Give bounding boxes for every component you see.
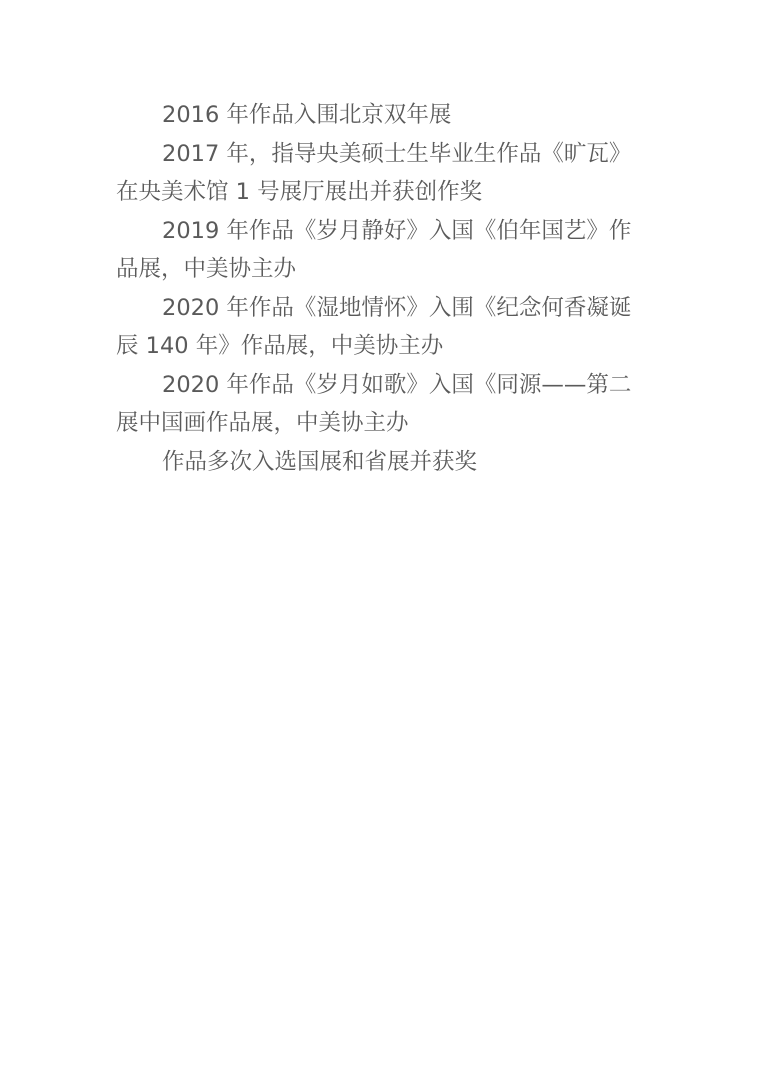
paragraph-2020-song: 2020 年作品《岁月如歌》入国《同源——第二 展中国画作品展，中美协主办: [116, 366, 646, 443]
text-line: 品展，中美协主办: [116, 250, 646, 289]
paragraph-2016: 2016 年作品入围北京双年展: [116, 96, 646, 135]
document-page: 2016 年作品入围北京双年展 2017 年，指导央美硕士生毕业生作品《旷瓦》 …: [116, 96, 646, 481]
text-line: 在央美术馆 1 号展厅展出并获创作奖: [116, 173, 646, 212]
text-line: 作品多次入选国展和省展并获奖: [116, 443, 646, 482]
text-line: 2020 年作品《湿地情怀》入围《纪念何香凝诞: [116, 289, 646, 328]
paragraph-2019: 2019 年作品《岁月静好》入国《伯年国艺》作 品展，中美协主办: [116, 212, 646, 289]
text-line: 展中国画作品展，中美协主办: [116, 404, 646, 443]
text-line: 2016 年作品入围北京双年展: [116, 96, 646, 135]
text-line: 2019 年作品《岁月静好》入国《伯年国艺》作: [116, 212, 646, 251]
paragraph-2020-wetland: 2020 年作品《湿地情怀》入围《纪念何香凝诞 辰 140 年》作品展，中美协主…: [116, 289, 646, 366]
text-line: 2017 年，指导央美硕士生毕业生作品《旷瓦》: [116, 135, 646, 174]
paragraph-2017: 2017 年，指导央美硕士生毕业生作品《旷瓦》 在央美术馆 1 号展厅展出并获创…: [116, 135, 646, 212]
text-line: 2020 年作品《岁月如歌》入国《同源——第二: [116, 366, 646, 405]
paragraph-awards: 作品多次入选国展和省展并获奖: [116, 443, 646, 482]
text-line: 辰 140 年》作品展，中美协主办: [116, 327, 646, 366]
